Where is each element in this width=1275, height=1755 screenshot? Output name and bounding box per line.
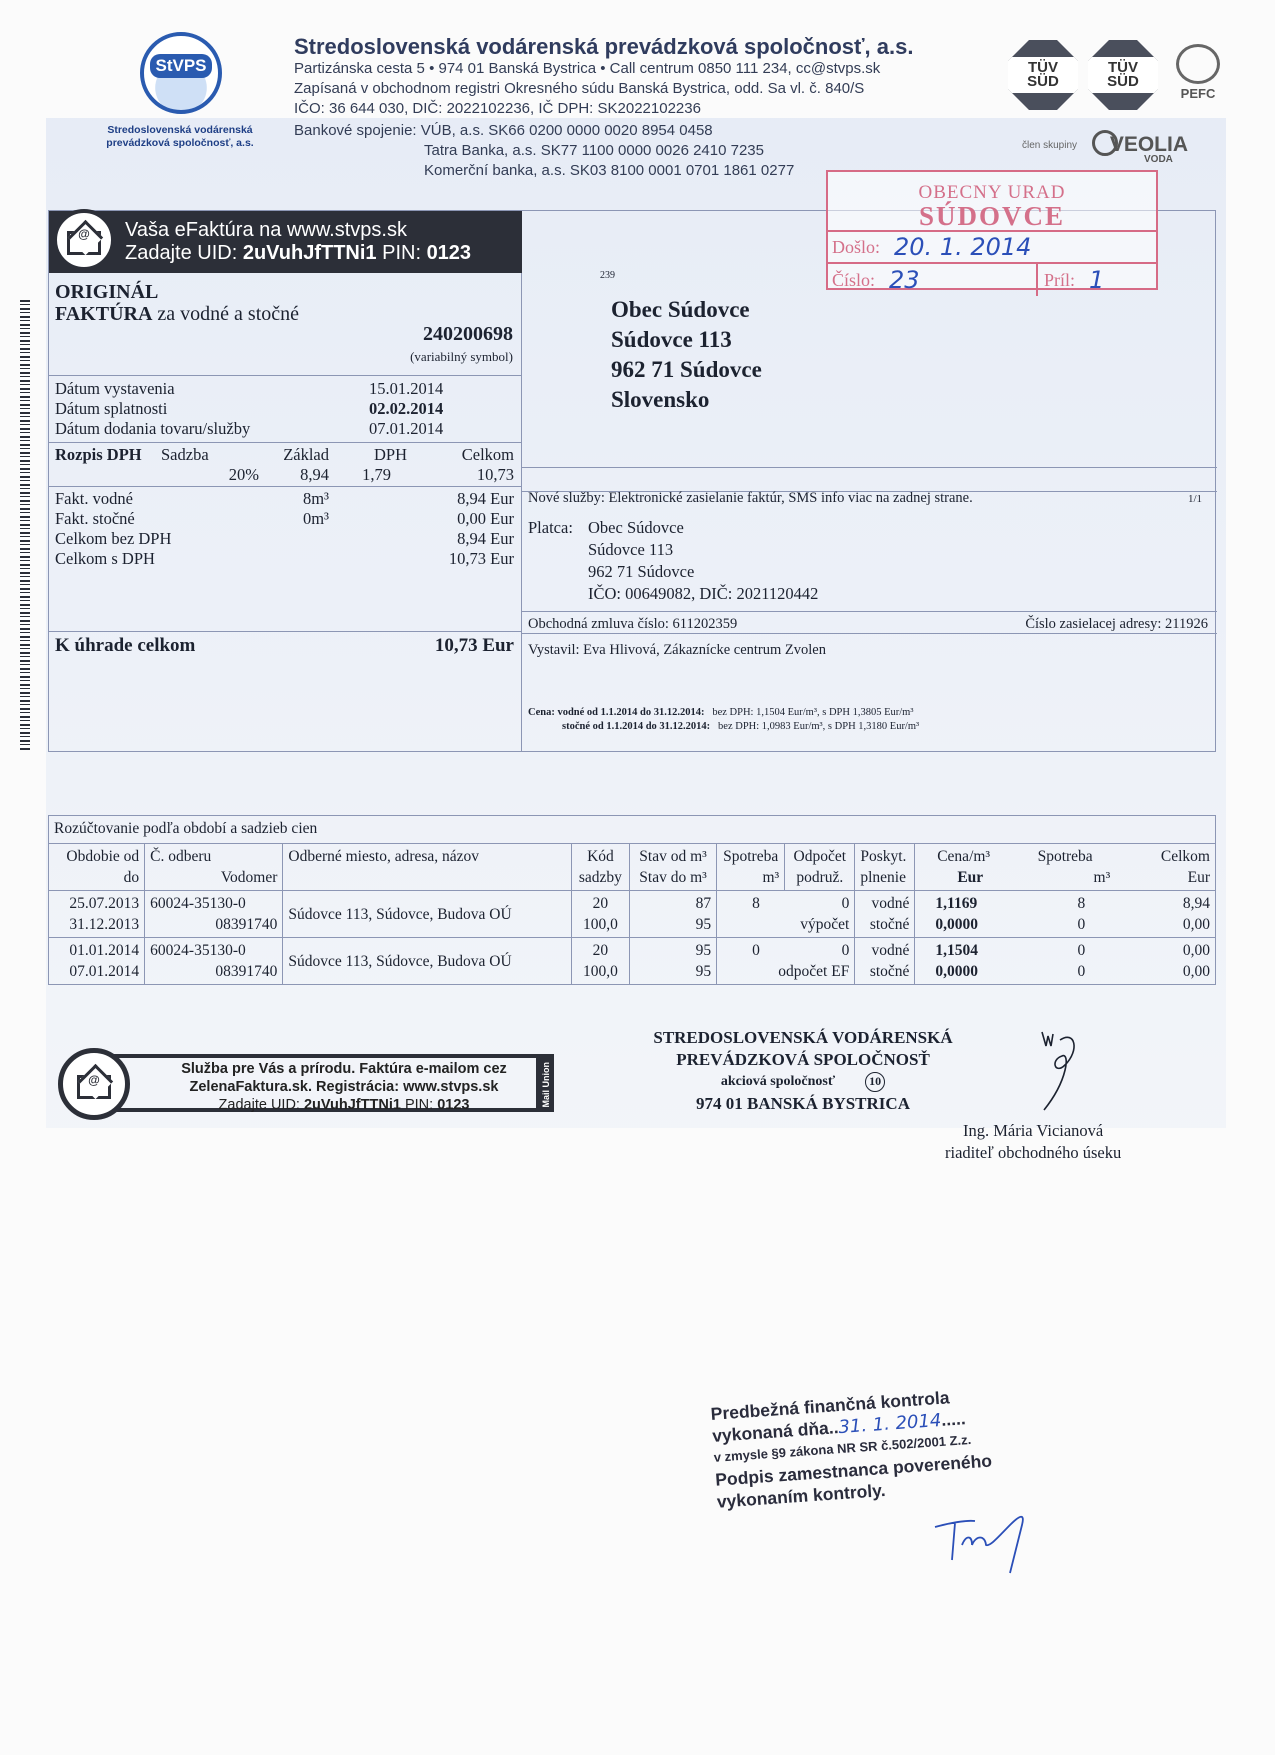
original-label: ORIGINÁL [55,281,158,304]
barcode [20,300,30,750]
received-date-handwritten: 20. 1. 2014 [894,233,1031,261]
company-address: Partizánska cesta 5 • 974 01 Banská Byst… [294,60,880,77]
company-ids: IČO: 36 644 030, DIČ: 2022102236, IČ DPH… [294,100,701,117]
vat-col-base: Základ [239,445,329,465]
summary-net-amount: 8,94 Eur [379,529,514,549]
issued-by: Vystavil: Eva Hlivová, Zákaznícke centru… [528,642,826,659]
director-signature [1030,1020,1090,1115]
invoice-title: FAKTÚRA za vodné a stočné [55,303,299,326]
pefc-icon: PEFC [1172,44,1224,108]
table-header: Obdobie oddo Č. odberuVodomer Odberné mi… [49,844,1216,891]
tuv-iso14001-icon: TÜV SÜD [1008,40,1078,110]
vat-amount-value: 1,79 [339,465,391,485]
total-due-label: K úhrade celkom [55,635,195,657]
variable-symbol: 240200698 [423,323,513,346]
recipient-address: Obec Súdovce Súdovce 113 962 71 Súdovce … [611,295,762,415]
registry-stamp: OBECNY URAD SÚDOVCE Došlo: 20. 1. 2014 Č… [826,170,1158,290]
signatory: Ing. Mária Vicianová riaditeľ obchodného… [945,1120,1121,1164]
price-info: Cena: vodné od 1.1.2014 do 31.12.2014: b… [528,706,919,734]
tuv-iso9001-icon: TÜV SÜD [1088,40,1158,110]
summary-water-amount: 8,94 Eur [379,489,514,509]
controller-signature [930,1505,1040,1575]
contract-number: Obchodná zmluva číslo: 611202359 [528,616,737,633]
mail-union-label: Mail Union [541,1062,551,1108]
stvps-logo: StVPS [140,32,222,114]
page-number: 1/1 [1188,493,1202,505]
issue-date-value: 15.01.2014 [369,379,443,399]
delivery-date-value: 07.01.2014 [369,419,443,439]
table-caption: Rozúčtovanie podľa období a sadzieb cien [49,816,1216,844]
payer-ids: IČO: 00649082, DIČ: 2021120442 [588,584,818,604]
table-row: 25.07.201331.12.2013 60024-35130-0083917… [49,891,1216,938]
summary-sewage-label: Fakt. stočné [55,509,135,529]
vat-total-value: 10,73 [419,465,514,485]
vat-col-rate: Sadzba [161,445,209,465]
payer-city: 962 71 Súdovce [588,562,694,582]
company-bank-komercni: Komerční banka, a.s. SK03 8100 0001 0701… [424,162,794,179]
vat-col-vat: DPH [339,445,407,465]
green-invoice-banner: Služba pre Vás a prírodu. Faktúra e-mail… [58,1048,558,1120]
recipient-code: 239 [600,270,615,281]
summary-gross-label: Celkom s DPH [55,549,155,569]
summary-sewage-amount: 0,00 Eur [379,509,514,529]
summary-gross-amount: 10,73 Eur [379,549,514,569]
summary-sewage-qty: 0m³ [249,509,329,529]
vat-col-total: Celkom [419,445,514,465]
due-date-label: Dátum splatnosti [55,399,167,419]
stamp-number-badge: 10 [865,1072,885,1092]
company-name: Stredoslovenská vodárenská prevádzková s… [294,34,913,60]
company-bank-vub: Bankové spojenie: VÚB, a.s. SK66 0200 00… [294,122,713,139]
veolia-logo: člen skupiny VEOLIA VODA [1022,130,1188,154]
delivery-date-label: Dátum dodania tovaru/služby [55,419,250,439]
efaktura-banner: Vaša eFaktúra na www.stvps.sk Zadajte UI… [49,211,522,273]
vat-base-value: 8,94 [239,465,329,485]
due-date-value: 02.02.2014 [369,399,443,419]
attachments-handwritten: 1 [1089,266,1104,294]
financial-control-stamp: Predbežná finančná kontrola vykonaná dňa… [710,1384,994,1513]
mailing-address-number: Číslo zasielacej adresy: 211926 [900,616,1208,633]
issue-date-label: Dátum vystavenia [55,379,175,399]
summary-water-label: Fakt. vodné [55,489,133,509]
table-row: 01.01.201407.01.2014 60024-35130-0083917… [49,938,1216,985]
email-envelope-icon: @ [58,1048,130,1120]
new-services-notice: Nové služby: Elektronické zasielanie fak… [528,490,973,507]
logo-caption: Stredoslovenská vodárenská prevádzková s… [96,124,264,150]
registry-number-handwritten: 23 [889,266,920,294]
billing-breakdown-table: Rozúčtovanie podľa období a sadzieb cien… [48,815,1216,985]
payer-street: Súdovce 113 [588,540,673,560]
vat-heading: Rozpis DPH [55,445,142,465]
email-envelope-icon: @ [53,209,115,271]
summary-water-qty: 8m³ [249,489,329,509]
company-stamp: STREDOSLOVENSKÁ VODÁRENSKÁ PREVÁDZKOVÁ S… [648,1027,958,1115]
payer-name: Obec Súdovce [588,518,684,538]
payer-label: Platca: [528,518,573,538]
total-due-value: 10,73 Eur [349,635,514,657]
invoice-left-column: Vaša eFaktúra na www.stvps.sk Zadajte UI… [49,211,522,751]
company-bank-tatra: Tatra Banka, a.s. SK77 1100 0000 0026 24… [424,142,764,159]
summary-net-label: Celkom bez DPH [55,529,171,549]
variable-symbol-label: (variabilný symbol) [410,349,513,365]
company-registry: Zapísaná v obchodnom registri Okresného … [294,80,864,97]
